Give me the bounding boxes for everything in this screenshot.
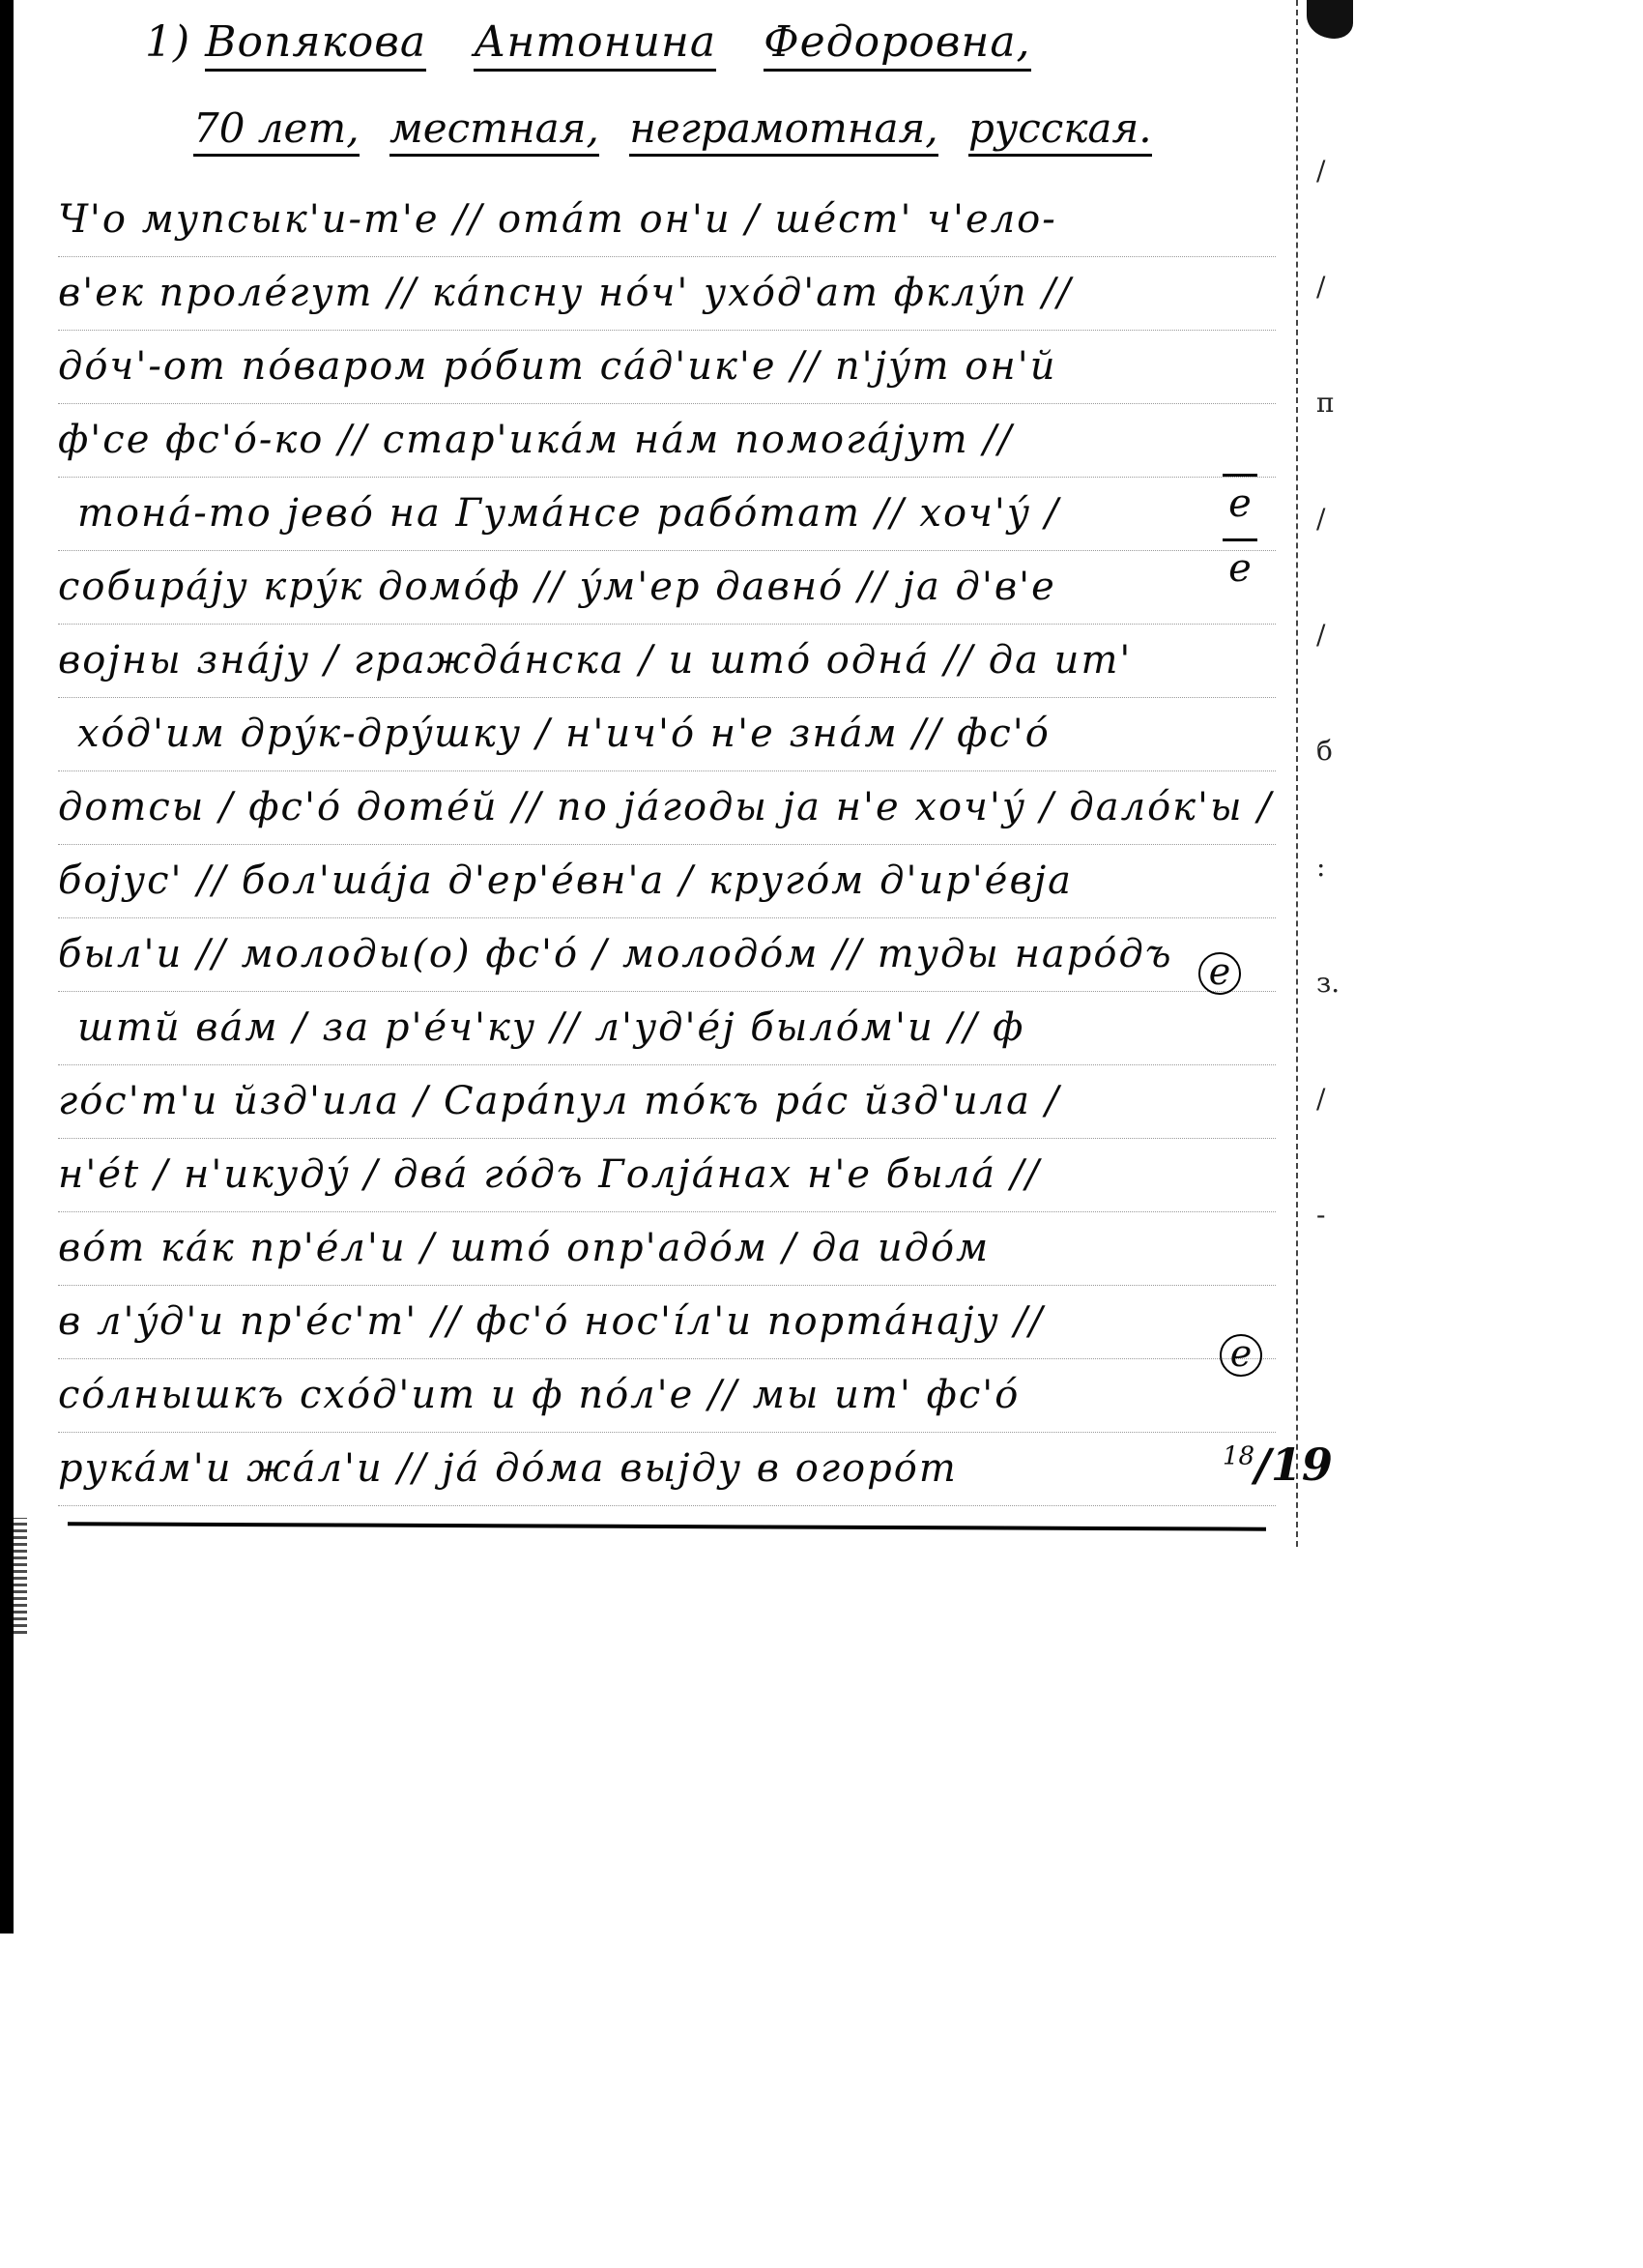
transcription-line: рукáм'и жáл'и // јá дóма выјду в огорóт: [58, 1433, 1276, 1506]
transcription-line: дотсы / фс'ó дотéй // по јáгоды ја н'е х…: [58, 771, 1276, 845]
transcription-line: вóт кáк пр'éл'и / штó опр'адóм / да идóм: [58, 1212, 1276, 1286]
transcription-line: дóч'-от пóваром рóбит сáд'ик'е // п'јýт …: [58, 331, 1276, 404]
informant-details: 70 лет, местная, неграмотная, русская.: [193, 104, 1152, 152]
transcription-line: в'ек пролéгут // кáпсну нóч' ухóд'ат фкл…: [58, 257, 1276, 331]
transcription-body: Ч'о мупсык'и-т'е // отáт он'и / шéст' ч'…: [58, 184, 1276, 1506]
informant-age: 70 лет,: [193, 104, 360, 157]
scan-corner-smudge: [1307, 0, 1353, 39]
circled-e-mark: е: [1220, 1334, 1262, 1377]
edge-bleed-marks: //п//б:з./-: [1316, 155, 1345, 1315]
informant-surname: Вопякова: [205, 17, 426, 72]
informant-heading: 1) Вопякова Антонина Федоровна,: [145, 17, 1064, 67]
old-page-number: 18: [1223, 1442, 1254, 1471]
margin-corrections: е е: [1223, 474, 1261, 603]
informant-origin: местная,: [389, 104, 599, 157]
informant-given-name: Антонина: [474, 17, 716, 72]
transcription-line: собирáју крýк домóф // ýм'ер давнó // ја…: [58, 551, 1276, 625]
informant-nationality: русская.: [968, 104, 1152, 157]
transcription-line: был'и // молоды(о) фс'ó / молодóм // туд…: [58, 918, 1276, 992]
scan-binding-edge: [0, 0, 14, 1934]
transcription-line: ф'се фс'ó-ко // стар'икáм нáм помогáјут …: [58, 404, 1276, 478]
transcription-line: н'ét / н'икудý / двá гóдъ Голјáнах н'е б…: [58, 1139, 1276, 1212]
transcription-line: Ч'о мупсык'и-т'е // отáт он'и / шéст' ч'…: [58, 184, 1276, 257]
transcription-line: тонá-то јевó на Гумáнсе рабóтат // хоч'ý…: [58, 478, 1276, 551]
transcription-line: гóс'т'и йзд'ила / Сарáпул тóкъ рáс йзд'и…: [58, 1065, 1276, 1139]
informant-patronymic: Федоровна,: [764, 17, 1030, 72]
transcription-line: бојус' // бол'шáја д'ер'éвн'а / кругóм д…: [58, 845, 1276, 918]
transcription-line: в л'ýд'и пр'éс'т' // фс'ó нос'íл'и портá…: [58, 1286, 1276, 1359]
page-number: 18/19: [1223, 1439, 1333, 1491]
current-page-number: 19: [1271, 1439, 1333, 1491]
margin-e-mark: е: [1223, 538, 1257, 603]
informant-literacy: неграмотная,: [629, 104, 937, 157]
circled-e-mark: е: [1198, 952, 1241, 995]
transcription-line: хóд'им дрýк-дрýшку / н'ич'ó н'е знáм // …: [58, 698, 1276, 771]
transcription-line: војны знáју / граждáнска / и штó однá //…: [58, 625, 1276, 698]
entry-number: 1): [145, 17, 190, 67]
transcription-line: сóлнышкъ схóд'ит и ф пóл'е // мы ит' фс'…: [58, 1359, 1276, 1433]
margin-e-mark: е: [1223, 474, 1257, 538]
transcription-line: штй вáм / за р'éч'ку // л'уд'éј было́м'и…: [58, 992, 1276, 1065]
